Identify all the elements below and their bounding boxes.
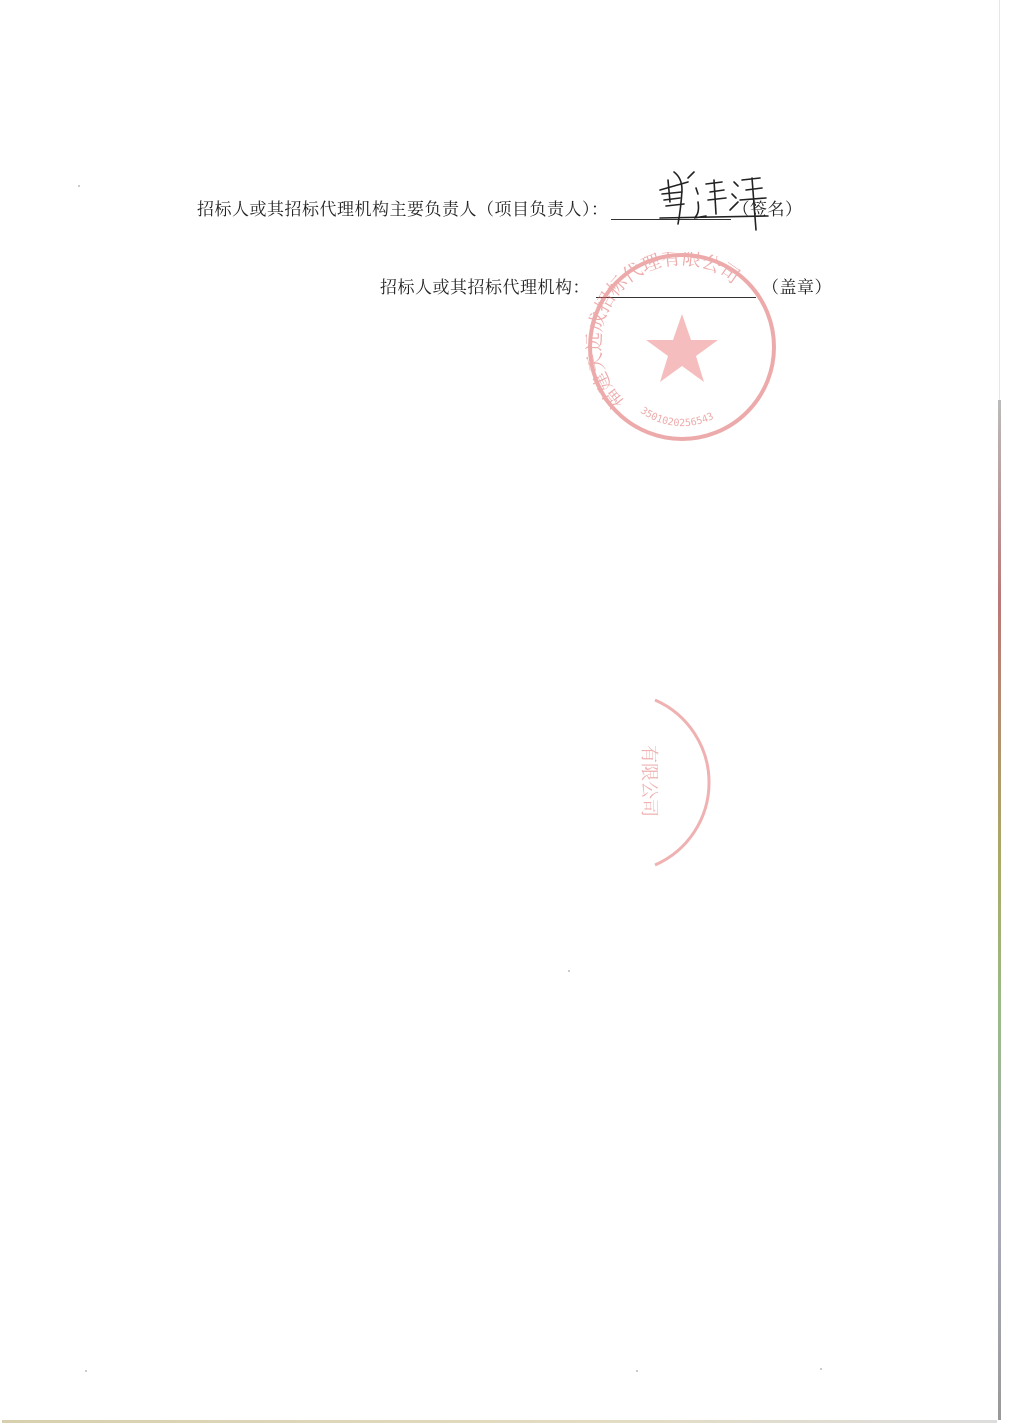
responsible-person-label: 招标人或其招标代理机构主要负责人（项目负责人）： [197, 200, 609, 220]
svg-text:有限公司: 有限公司 [638, 745, 659, 817]
scan-speck [85, 1370, 87, 1372]
scan-edge-right-top [999, 0, 1000, 400]
scan-speck [636, 1370, 638, 1372]
scan-speck [820, 1368, 822, 1370]
organization-label: 招标人或其招标代理机构： [380, 278, 590, 298]
scan-edge-bottom [2, 1420, 997, 1423]
handwritten-signature [648, 168, 773, 238]
partial-seal-stamp: 有限公司 [615, 695, 715, 870]
star-icon [646, 314, 718, 382]
scan-speck [78, 185, 80, 187]
seal-org-name: 福建天远成招标代理有限公司 [585, 252, 744, 413]
scan-speck [568, 970, 570, 972]
scan-edge-right [998, 400, 1001, 1420]
company-seal-stamp: 福建天远成招标代理有限公司 3501020256543 [585, 252, 780, 442]
seal-code: 3501020256543 [638, 405, 715, 429]
